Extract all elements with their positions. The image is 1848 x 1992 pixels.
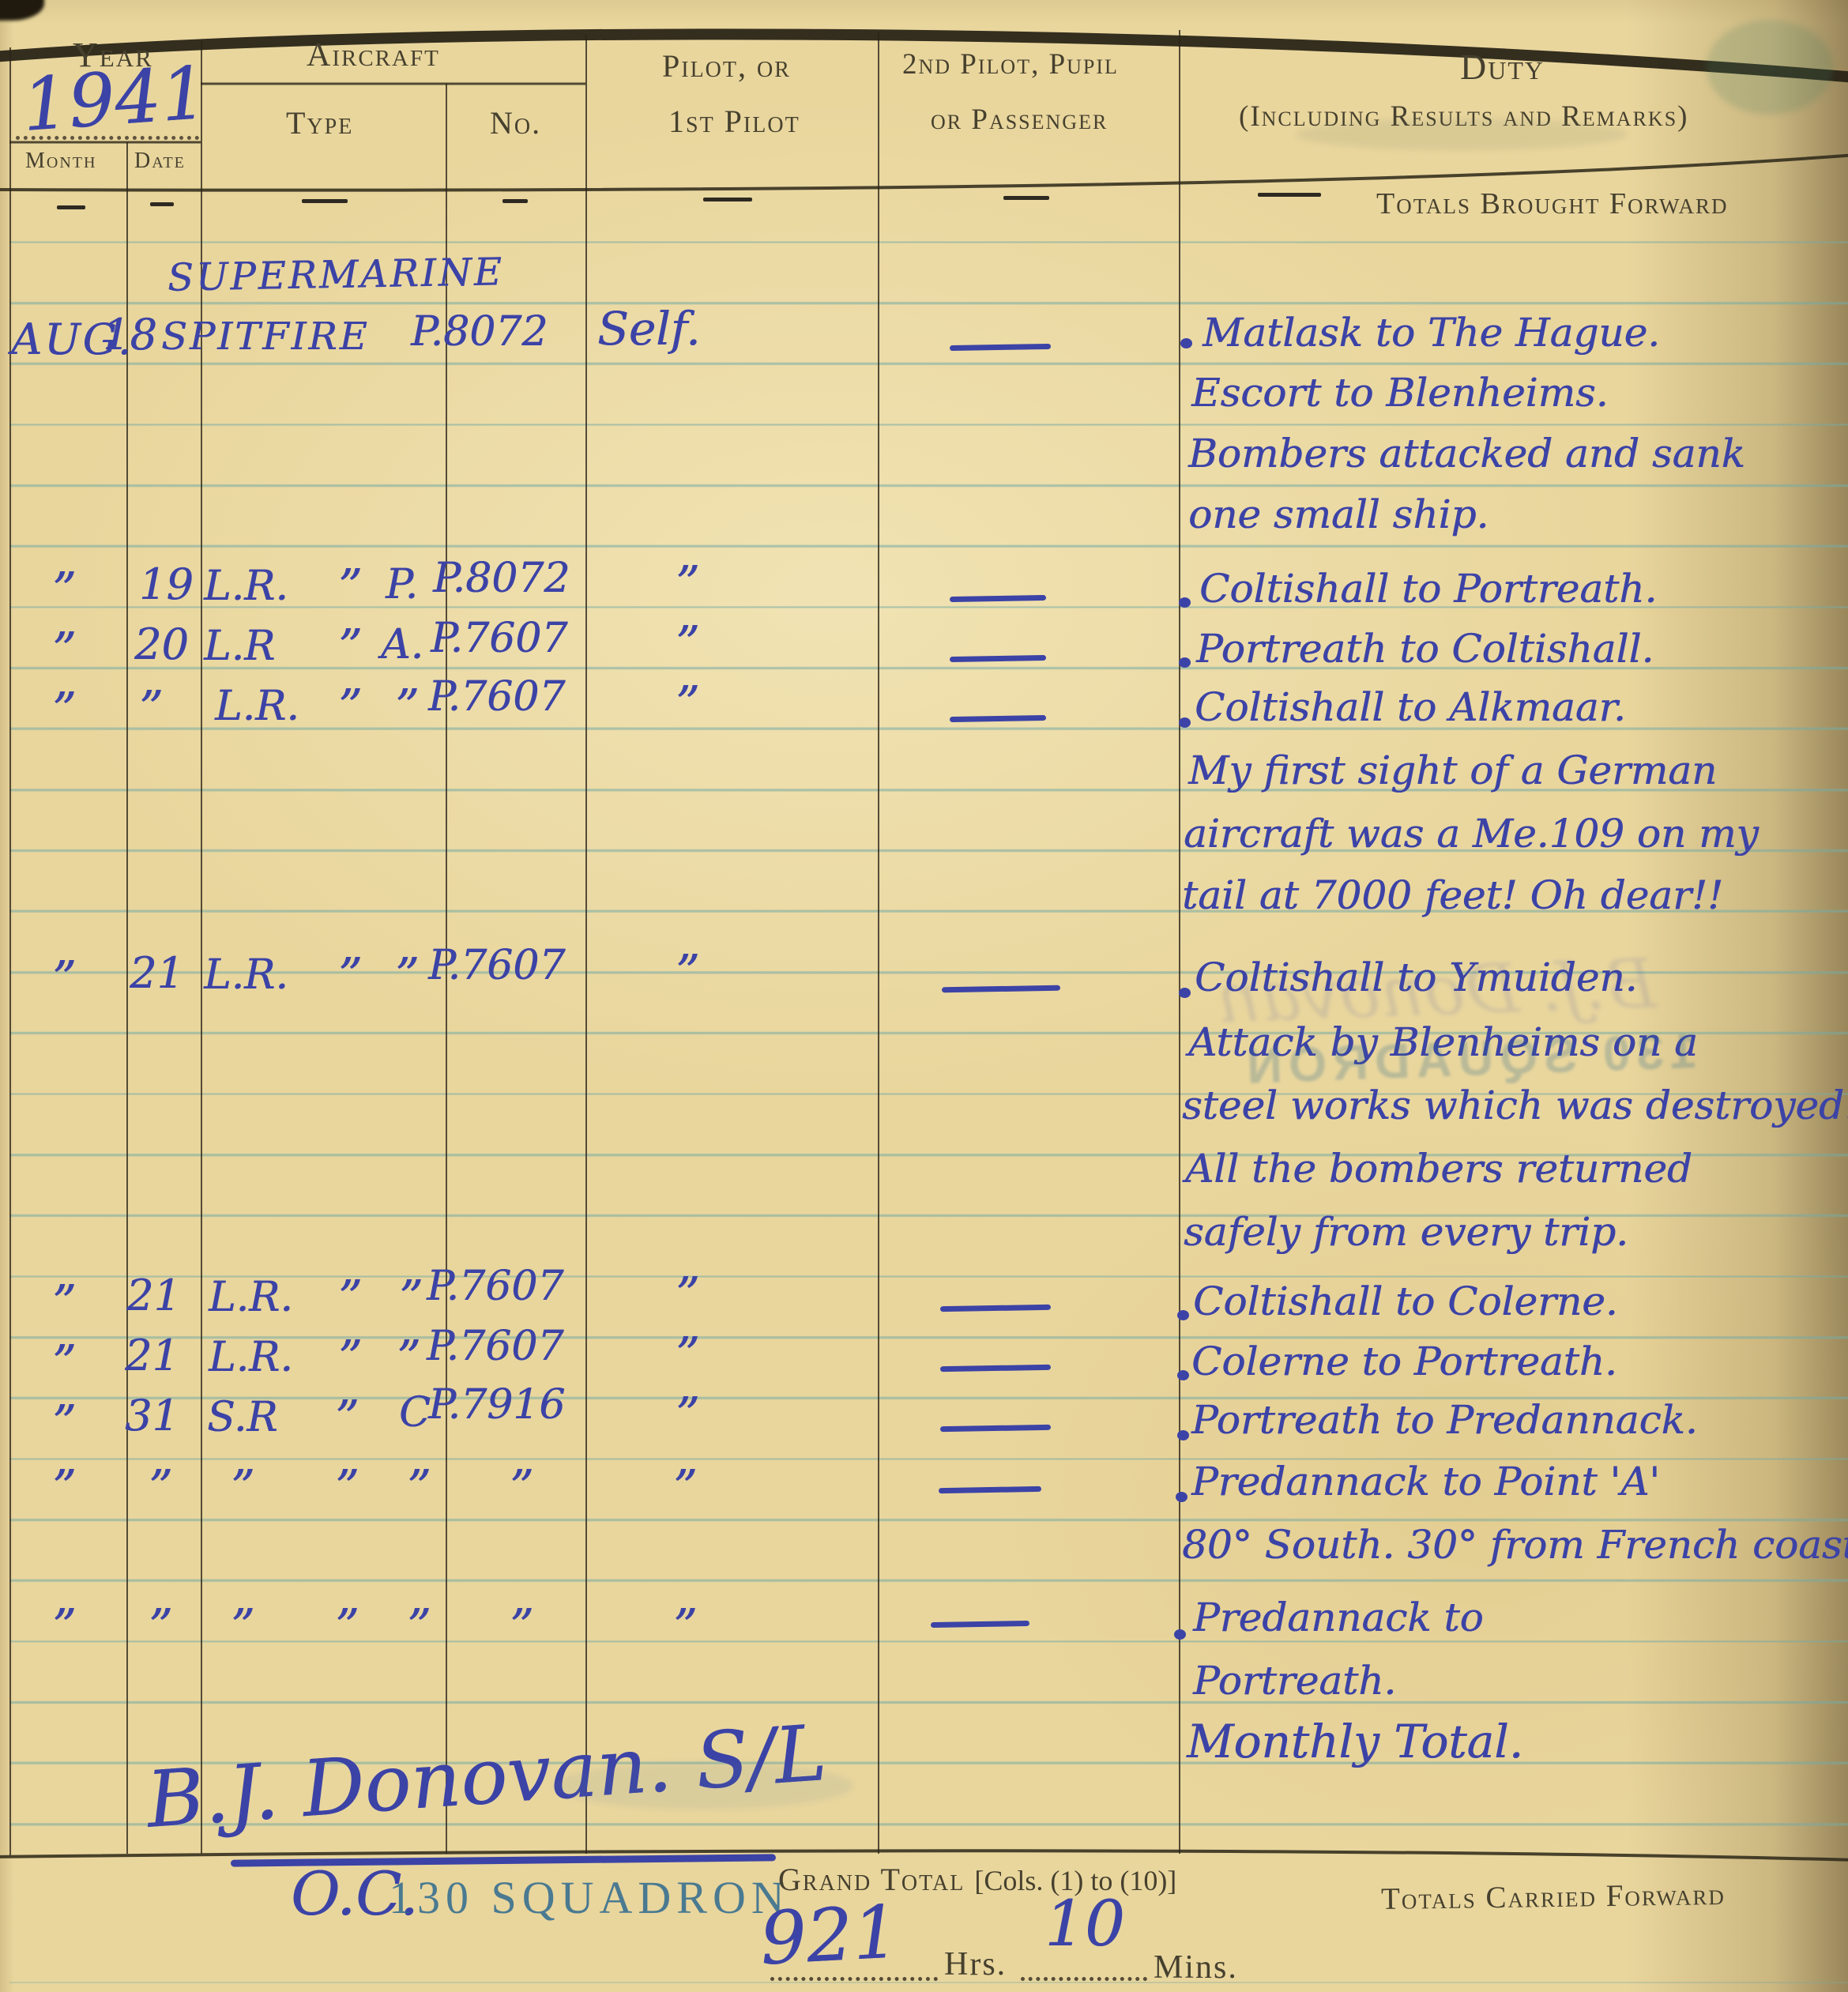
entry-month-ditto: ” — [52, 1275, 77, 1331]
aircraft-label: Aircraft — [307, 36, 440, 74]
aircraft-maker-header: SUPERMARINE — [167, 250, 505, 299]
duty-line: Predannack to Point 'A' — [1191, 1459, 1660, 1504]
second-pilot-label-line2: or Passenger — [931, 103, 1108, 137]
duty-line: aircraft was a Me.109 on my — [1184, 811, 1759, 857]
entry-type-ditto: ” — [338, 1271, 363, 1326]
duty-line: My first sight of a German — [1188, 747, 1717, 793]
entry-type-ditto: ” — [231, 1599, 255, 1655]
entry-month-ditto: ” — [52, 563, 77, 618]
entry-serial: P.7607 — [428, 673, 565, 721]
entry-month-ditto: ” — [52, 1335, 77, 1391]
entry-date-ditto: ” — [149, 1460, 173, 1516]
entry-code-ditto: ” — [407, 1460, 431, 1516]
bleed-through-blotch — [553, 1762, 853, 1809]
entry-serial: P.8072 — [411, 308, 548, 356]
entry-date: 21 — [126, 1271, 181, 1320]
entry-pilot-ditto: ” — [673, 1460, 698, 1516]
duty-ink-dot — [1179, 657, 1191, 668]
duty-ink-dot — [1177, 1370, 1189, 1380]
entry-date: 31 — [125, 1391, 179, 1440]
entry-type-ditto: ” — [335, 1391, 359, 1446]
duty-ink-dot — [1179, 717, 1191, 728]
col-line-pilot-2ndpilot — [878, 32, 879, 1854]
entry-date-ditto: ” — [139, 681, 164, 736]
bottom-faint-rule — [9, 1982, 1848, 1983]
entry-month-ditto: ” — [52, 1460, 77, 1516]
entry-type: L.R. — [204, 951, 288, 999]
scan-corner-mark — [0, 0, 44, 21]
nil-dash — [150, 202, 174, 206]
pilot-label-line1: Pilot, or — [662, 47, 791, 85]
col-line-no-pilot — [585, 35, 587, 1854]
entry-code-ditto: ” — [399, 1271, 423, 1326]
type-label: Type — [286, 104, 353, 141]
entry-code-ditto: ” — [397, 1331, 421, 1386]
entry-code-ditto: ” — [395, 680, 420, 735]
entry-pilot-ditto: ” — [676, 616, 700, 672]
duty-line: Portreath. — [1193, 1658, 1396, 1704]
duty-ink-dot — [1179, 597, 1191, 608]
bleed-through-signature-ghost: B.J. Donovan — [1215, 944, 1657, 1038]
entry-pilot: Self. — [597, 302, 700, 356]
duty-line: Portreath to Predannack. — [1191, 1397, 1698, 1443]
entry-pilot-ditto: ” — [673, 1599, 698, 1655]
duty-label: Duty — [1460, 46, 1545, 88]
duty-line: Escort to Blenheims. — [1191, 370, 1609, 416]
entry-month-ditto: ” — [52, 1395, 77, 1451]
grand-total-minutes: 10 — [1044, 1887, 1125, 1960]
totals-carried-forward-label: Totals Carried Forward — [1381, 1877, 1726, 1917]
entry-serial: P.7916 — [428, 1381, 565, 1429]
entry-type: SPITFIRE — [161, 314, 370, 359]
month-label: Month — [25, 149, 96, 174]
duty-ink-dot — [1174, 1629, 1186, 1640]
entry-type-ditto: ” — [335, 1460, 359, 1516]
nil-dash — [302, 199, 348, 203]
logbook-page: Year 1941 Month Date Aircraft Type No. P… — [0, 0, 1848, 1992]
col-line-2ndpilot-duty — [1179, 30, 1180, 1854]
entry-pilot-ditto: ” — [676, 1388, 700, 1443]
entry-serial-ditto: ” — [510, 1599, 534, 1655]
entry-month-ditto: ” — [52, 951, 77, 1007]
entry-code-ditto: ” — [407, 1599, 431, 1655]
entry-pilot-ditto: ” — [676, 945, 700, 1000]
entry-code-ditto: ” — [395, 948, 420, 1004]
nil-dash — [1258, 193, 1321, 197]
duty-line: Coltishall to Colerne. — [1193, 1278, 1618, 1324]
nil-dash — [57, 205, 85, 209]
entry-type: L.R. — [215, 683, 299, 730]
nil-dash — [502, 199, 528, 203]
duty-line: Predannack to — [1193, 1595, 1484, 1640]
squadron-stamp: 130 SQUADRON — [389, 1871, 790, 1924]
duty-line: Coltishall to Portreath. — [1199, 566, 1657, 612]
duty-line: Coltishall to Alkmaar. — [1195, 684, 1626, 730]
entry-serial: P.7607 — [427, 1263, 563, 1310]
duty-line: Bombers attacked and sank — [1188, 431, 1745, 476]
no-label: No. — [490, 104, 541, 141]
entry-date-ditto: ” — [149, 1599, 173, 1655]
entry-code: A. — [381, 621, 423, 668]
entry-pilot-ditto: ” — [676, 676, 700, 732]
entry-month-ditto: ” — [52, 1599, 77, 1655]
entry-type: L.R. — [209, 1274, 293, 1321]
entry-date: 21 — [125, 1331, 179, 1380]
entry-type-ditto: ” — [338, 559, 363, 615]
duty-ink-dot — [1180, 338, 1192, 348]
date-label: Date — [134, 149, 186, 174]
entry-month-ditto: ” — [52, 683, 77, 738]
duty-line: one small ship. — [1188, 491, 1489, 537]
duty-ink-dot — [1176, 1492, 1187, 1502]
duty-line: Colerne to Portreath. — [1191, 1339, 1617, 1384]
entry-date: 19 — [139, 559, 194, 609]
bleed-through-blotch — [1296, 119, 1628, 150]
nil-dash — [703, 198, 752, 201]
entry-type-ditto: ” — [338, 619, 363, 675]
entry-code: C — [399, 1389, 431, 1437]
entry-type-ditto: ” — [335, 1599, 359, 1655]
bleed-through-blotch — [1707, 20, 1833, 115]
entry-type: L.R — [204, 623, 275, 670]
entry-serial: P.7607 — [431, 615, 567, 662]
entry-date: 18 — [103, 310, 157, 360]
year-dotted-line — [16, 107, 199, 140]
duty-ink-dot — [1179, 988, 1191, 998]
entry-type-ditto: ” — [338, 1331, 363, 1386]
entry-type: S.R — [207, 1394, 277, 1441]
pilot-label-line2: 1st Pilot — [668, 103, 800, 140]
entry-type: L.R. — [204, 563, 288, 610]
col-line-month-date — [126, 142, 128, 1854]
second-pilot-label-line1: 2nd Pilot, Pupil — [902, 47, 1119, 81]
duty-line: tail at 7000 feet! Oh dear!! — [1182, 872, 1723, 918]
entry-serial: P.7607 — [428, 942, 565, 989]
mins-label: Mins. — [1154, 1949, 1238, 1986]
entry-serial: P.8072 — [433, 555, 570, 602]
entry-pilot-ditto: ” — [676, 1267, 700, 1323]
duty-line: Matlask to The Hague. — [1203, 310, 1660, 356]
entry-month-ditto: ” — [52, 623, 77, 678]
col-line-date-type — [201, 41, 202, 1854]
duty-line: Portreath to Coltishall. — [1196, 626, 1654, 672]
entry-serial: P.7607 — [427, 1323, 563, 1370]
grand-total-hours: 921 — [758, 1889, 901, 1981]
entry-type-ditto: ” — [231, 1460, 255, 1516]
duty-line: Monthly Total. — [1187, 1715, 1523, 1768]
totals-brought-forward-label: Totals Brought Forward — [1376, 186, 1729, 221]
duty-line: 80° South. 30° from French coast — [1182, 1522, 1848, 1568]
hrs-label: Hrs. — [944, 1945, 1007, 1983]
entry-date: 21 — [130, 948, 184, 998]
duty-ink-dot — [1177, 1430, 1189, 1440]
entry-type: L.R. — [209, 1334, 293, 1381]
entry-code: P. — [386, 561, 418, 608]
entry-date: 20 — [134, 619, 189, 669]
entry-type-ditto: ” — [338, 680, 363, 735]
duty-line: safely from every trip. — [1184, 1209, 1628, 1255]
entry-pilot-ditto: ” — [676, 556, 700, 612]
duty-line: All the bombers returned — [1185, 1146, 1692, 1192]
entry-serial-ditto: ” — [510, 1460, 534, 1516]
nil-dash — [1003, 196, 1049, 200]
entry-type-ditto: ” — [338, 948, 363, 1004]
duty-ink-dot — [1177, 1310, 1189, 1320]
entry-pilot-ditto: ” — [676, 1327, 700, 1383]
